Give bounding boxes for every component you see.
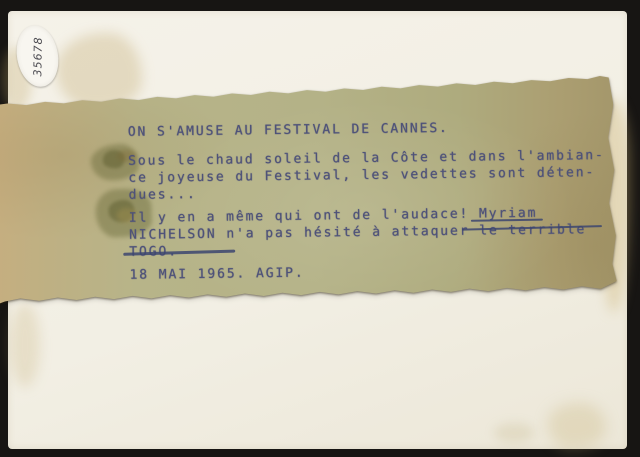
caption-paragraph-1: Sous le chaud soleil de la Côte et dans … — [128, 147, 609, 204]
photo-back-mat: ON S'AMUSE AU FESTIVAL DE CANNES. Sous l… — [0, 0, 640, 457]
caption-strip: ON S'AMUSE AU FESTIVAL DE CANNES. Sous l… — [0, 72, 619, 311]
caption-strip-shadow: ON S'AMUSE AU FESTIVAL DE CANNES. Sous l… — [0, 0, 640, 457]
caption-text-block: ON S'AMUSE AU FESTIVAL DE CANNES. Sous l… — [128, 118, 610, 284]
sticker-number: 35678 — [31, 36, 45, 76]
